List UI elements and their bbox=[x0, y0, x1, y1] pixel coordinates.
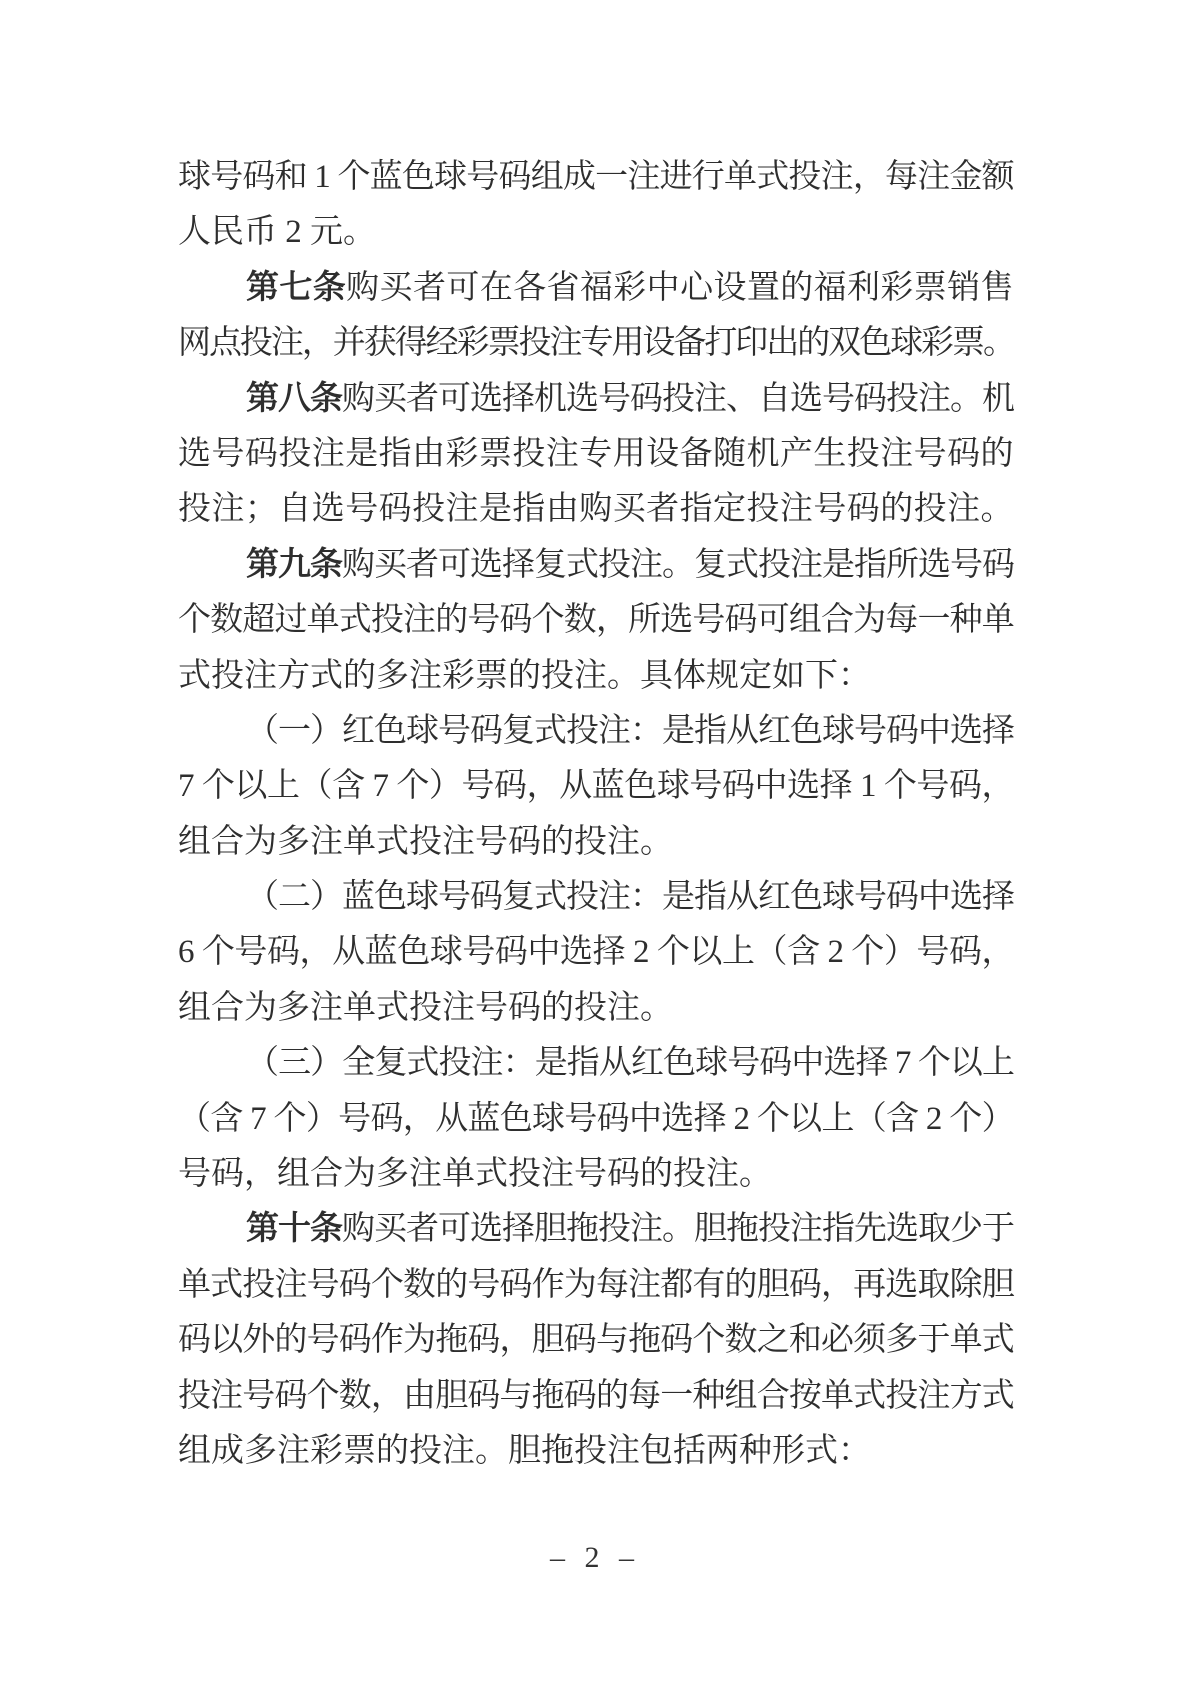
text-line: 第八条购买者可选择机选号码投注、自选号码投注。机 bbox=[178, 372, 1014, 427]
text-line: 码以外的号码作为拖码，胆码与拖码个数之和必须多于单式 bbox=[178, 1313, 1014, 1368]
line-text: 个数超过单式投注的号码个数，所选号码可组合为每一种单 bbox=[178, 602, 1014, 638]
text-line: 选号码投注是指由彩票投注专用设备随机产生投注号码的 bbox=[178, 427, 1014, 482]
article-lead: 第七条 bbox=[246, 270, 346, 306]
line-text: 购买者可选择机选号码投注、自选号码投注。机 bbox=[342, 381, 1014, 417]
text-line: 组合为多注单式投注号码的投注。 bbox=[178, 815, 1014, 870]
text-line: （三）全复式投注：是指从红色球号码中选择 7 个以上 bbox=[178, 1036, 1014, 1091]
line-text: 7 个以上（含 7 个）号码，从蓝色球号码中选择 1 个号码， bbox=[178, 768, 1014, 804]
article-lead: 第九条 bbox=[246, 547, 342, 583]
text-line: 投注号码个数，由胆码与拖码的每一种组合按单式投注方式 bbox=[178, 1369, 1014, 1424]
text-line: 第九条购买者可选择复式投注。复式投注是指所选号码 bbox=[178, 538, 1014, 593]
text-line: 投注；自选号码投注是指由购买者指定投注号码的投注。 bbox=[178, 482, 1014, 537]
line-text: 号码，组合为多注单式投注号码的投注。 bbox=[178, 1156, 772, 1192]
text-line: （二）蓝色球号码复式投注：是指从红色球号码中选择 bbox=[178, 870, 1014, 925]
line-text: （二）蓝色球号码复式投注：是指从红色球号码中选择 bbox=[246, 879, 1014, 915]
line-text: 购买者可选择复式投注。复式投注是指所选号码 bbox=[342, 547, 1014, 583]
line-text: 购买者可选择胆拖投注。胆拖投注指先选取少于 bbox=[342, 1211, 1014, 1247]
line-text: 选号码投注是指由彩票投注专用设备随机产生投注号码的 bbox=[178, 436, 1014, 472]
line-text: 人民币 2 元。 bbox=[178, 214, 376, 250]
document-page: 球号码和 1 个蓝色球号码组成一注进行单式投注，每注金额人民币 2 元。第七条购… bbox=[0, 0, 1190, 1683]
line-text: 投注；自选号码投注是指由购买者指定投注号码的投注。 bbox=[178, 491, 1014, 527]
text-line: 球号码和 1 个蓝色球号码组成一注进行单式投注，每注金额 bbox=[178, 150, 1014, 205]
line-text: 投注号码个数，由胆码与拖码的每一种组合按单式投注方式 bbox=[178, 1378, 1014, 1414]
line-text: （一）红色球号码复式投注：是指从红色球号码中选择 bbox=[246, 713, 1014, 749]
text-line: 组成多注彩票的投注。胆拖投注包括两种形式： bbox=[178, 1424, 1014, 1479]
line-text: （三）全复式投注：是指从红色球号码中选择 7 个以上 bbox=[246, 1045, 1014, 1081]
text-line: （含 7 个）号码，从蓝色球号码中选择 2 个以上（含 2 个） bbox=[178, 1092, 1014, 1147]
line-text: 组合为多注单式投注号码的投注。 bbox=[178, 990, 673, 1026]
page-number: – 2 – bbox=[0, 1538, 1190, 1578]
article-lead: 第八条 bbox=[246, 381, 342, 417]
text-line: （一）红色球号码复式投注：是指从红色球号码中选择 bbox=[178, 704, 1014, 759]
line-text: （含 7 个）号码，从蓝色球号码中选择 2 个以上（含 2 个） bbox=[178, 1101, 1014, 1137]
text-line: 7 个以上（含 7 个）号码，从蓝色球号码中选择 1 个号码， bbox=[178, 759, 1014, 814]
text-line: 个数超过单式投注的号码个数，所选号码可组合为每一种单 bbox=[178, 593, 1014, 648]
text-line: 号码，组合为多注单式投注号码的投注。 bbox=[178, 1147, 1014, 1202]
line-text: 单式投注号码个数的号码作为每注都有的胆码，再选取除胆 bbox=[178, 1267, 1014, 1303]
article-lead: 第十条 bbox=[246, 1211, 342, 1247]
line-text: 式投注方式的多注彩票的投注。具体规定如下： bbox=[178, 658, 871, 694]
line-text: 组成多注彩票的投注。胆拖投注包括两种形式： bbox=[178, 1433, 871, 1469]
line-text: 网点投注，并获得经彩票投注专用设备打印出的双色球彩票。 bbox=[178, 325, 1014, 361]
text-line: 式投注方式的多注彩票的投注。具体规定如下： bbox=[178, 649, 1014, 704]
document-body: 球号码和 1 个蓝色球号码组成一注进行单式投注，每注金额人民币 2 元。第七条购… bbox=[178, 150, 1014, 1479]
text-line: 单式投注号码个数的号码作为每注都有的胆码，再选取除胆 bbox=[178, 1258, 1014, 1313]
line-text: 球号码和 1 个蓝色球号码组成一注进行单式投注，每注金额 bbox=[178, 159, 1014, 195]
text-line: 6 个号码，从蓝色球号码中选择 2 个以上（含 2 个）号码， bbox=[178, 925, 1014, 980]
line-text: 组合为多注单式投注号码的投注。 bbox=[178, 824, 673, 860]
text-line: 网点投注，并获得经彩票投注专用设备打印出的双色球彩票。 bbox=[178, 316, 1014, 371]
text-line: 第七条购买者可在各省福彩中心设置的福利彩票销售 bbox=[178, 261, 1014, 316]
text-line: 第十条购买者可选择胆拖投注。胆拖投注指先选取少于 bbox=[178, 1202, 1014, 1257]
text-line: 人民币 2 元。 bbox=[178, 205, 1014, 260]
line-text: 购买者可在各省福彩中心设置的福利彩票销售 bbox=[346, 270, 1014, 306]
line-text: 码以外的号码作为拖码，胆码与拖码个数之和必须多于单式 bbox=[178, 1322, 1014, 1358]
line-text: 6 个号码，从蓝色球号码中选择 2 个以上（含 2 个）号码， bbox=[178, 934, 1014, 970]
text-line: 组合为多注单式投注号码的投注。 bbox=[178, 981, 1014, 1036]
